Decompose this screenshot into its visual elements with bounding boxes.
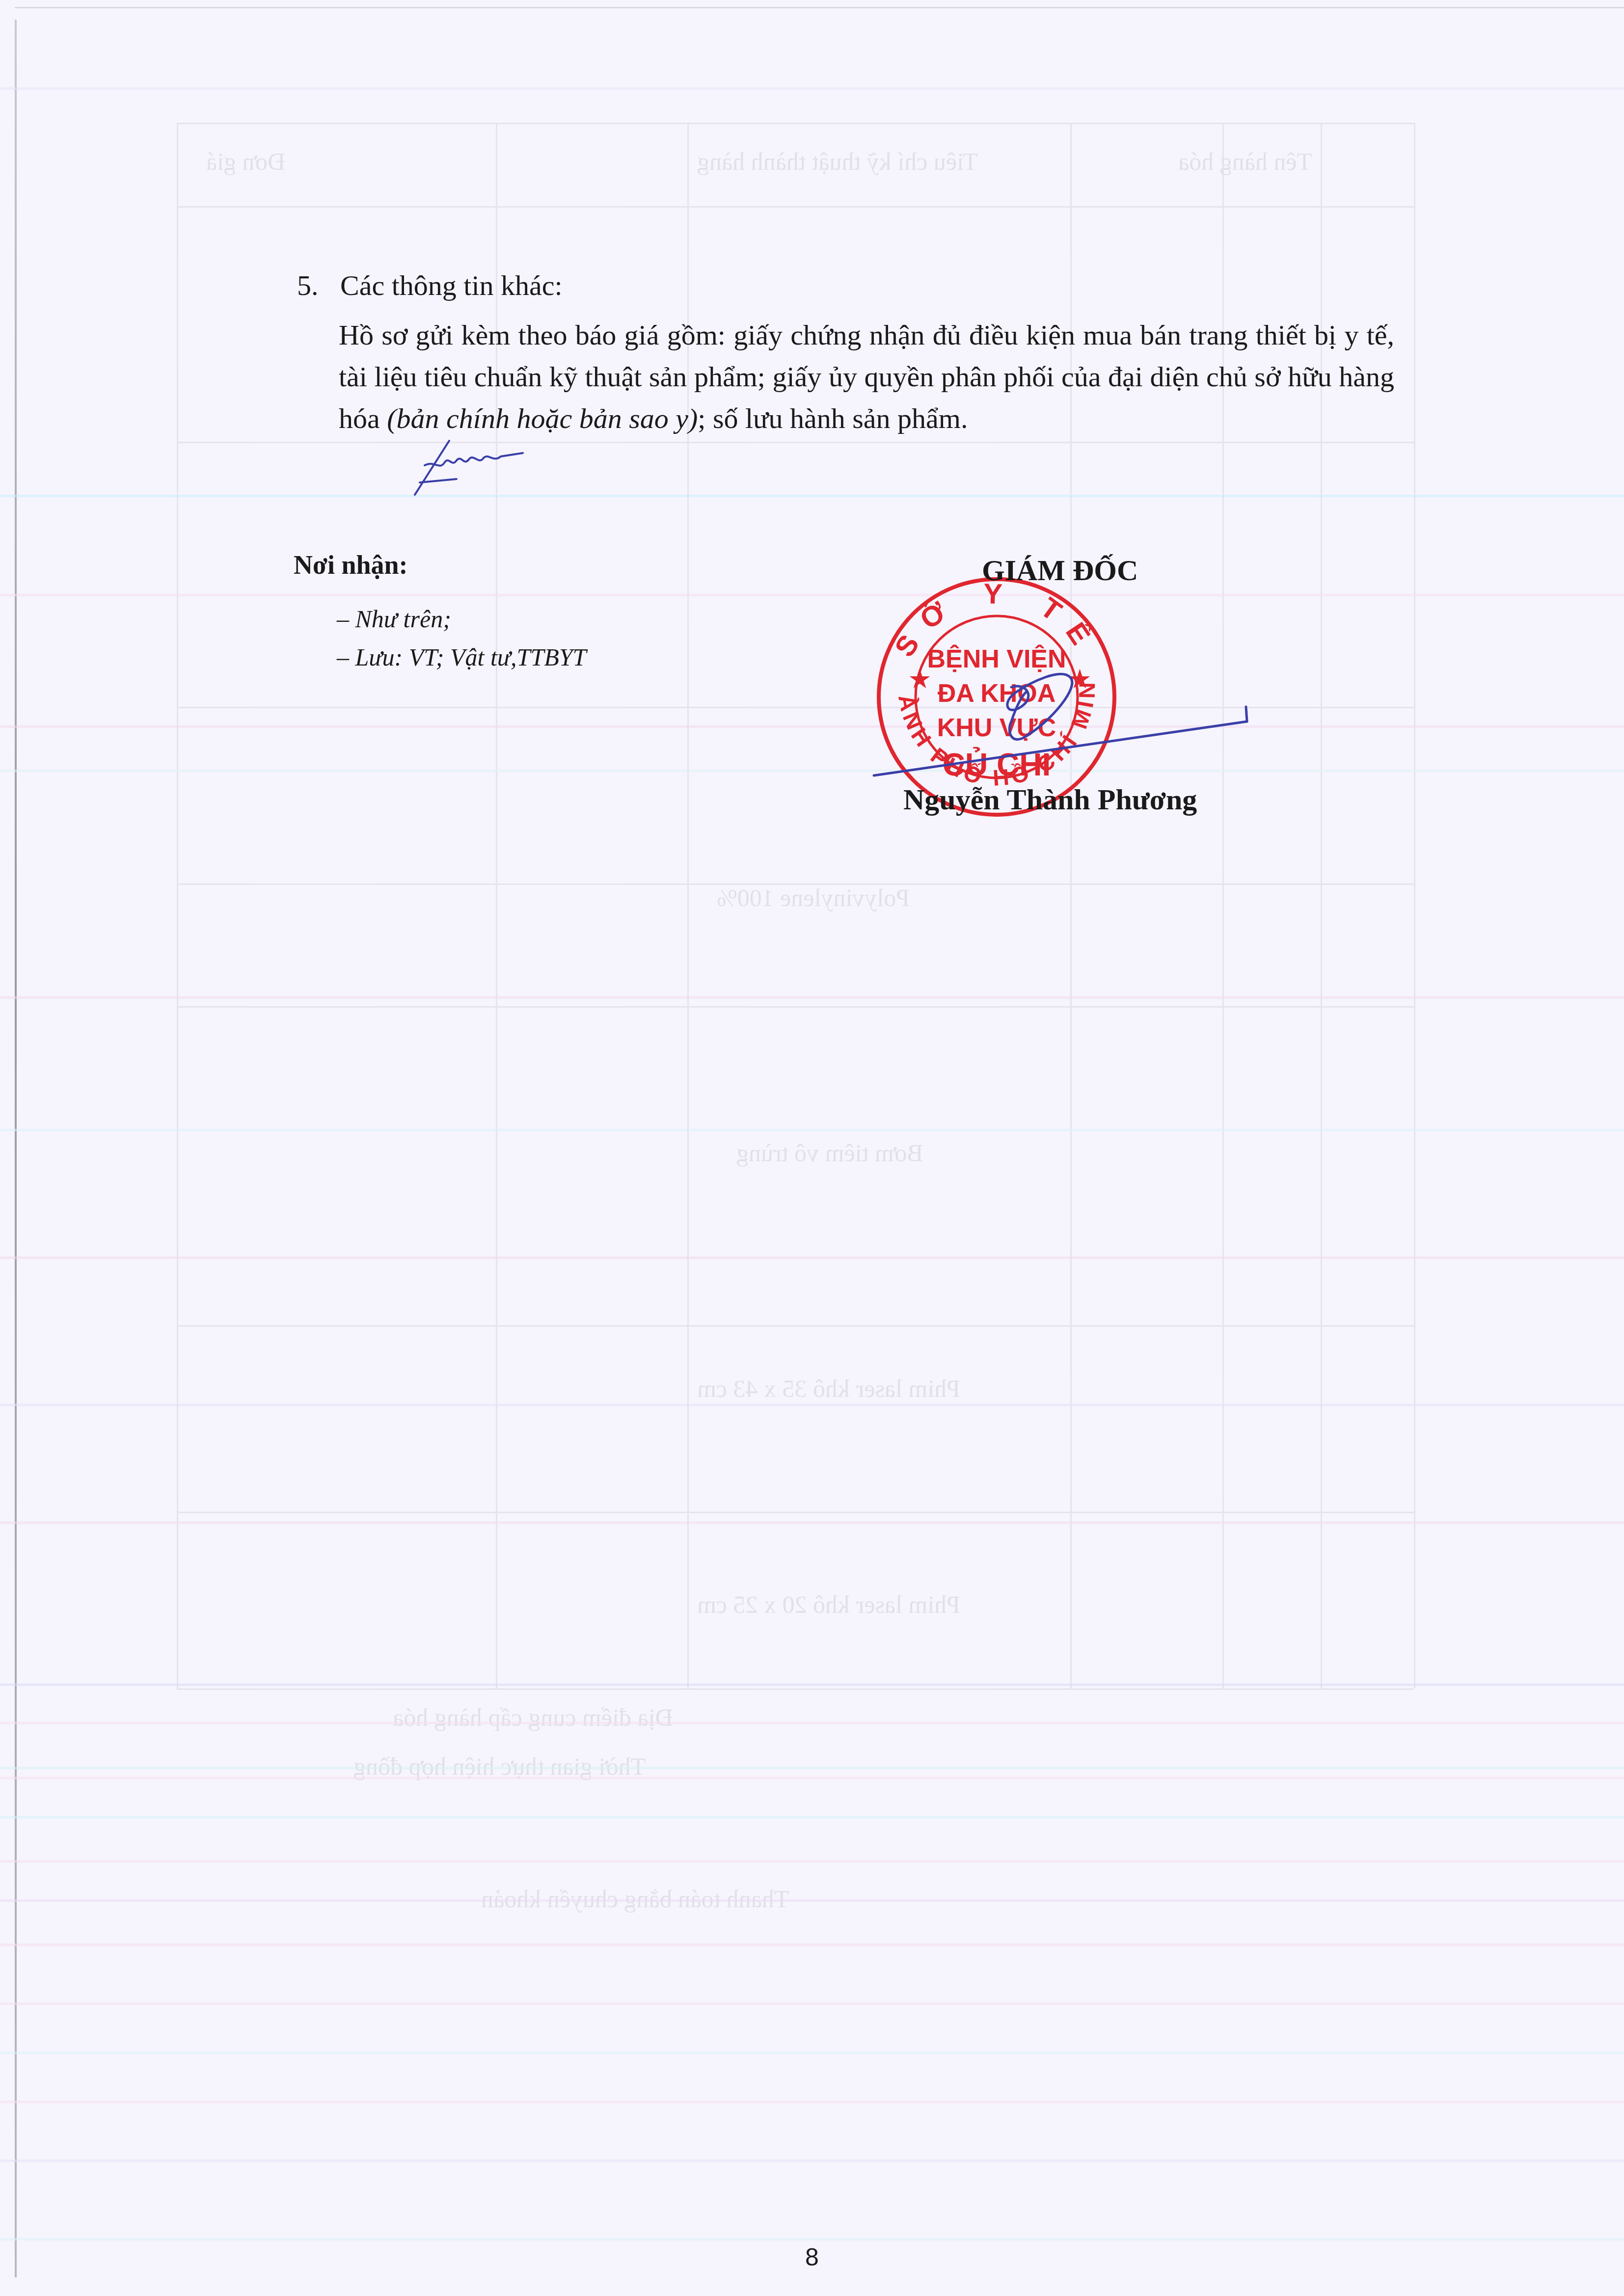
section-title: Các thông tin khác: bbox=[340, 269, 563, 301]
recipient-item: – Lưu: VT; Vật tư,TTBYT bbox=[337, 638, 586, 676]
section-body: Hồ sơ gửi kèm theo báo giá gồm: giấy chứ… bbox=[339, 314, 1394, 439]
recipient-item: – Như trên; bbox=[337, 600, 586, 638]
signer-title: GIÁM ĐỐC bbox=[982, 554, 1138, 587]
recipients-block: Nơi nhận: – Như trên; – Lưu: VT; Vật tư,… bbox=[294, 550, 586, 676]
recipients-label: Nơi nhận: bbox=[294, 550, 586, 580]
recipients-list: – Như trên; – Lưu: VT; Vật tư,TTBYT bbox=[337, 600, 586, 676]
section-heading: 5.Các thông tin khác: bbox=[297, 269, 563, 302]
body-italic-note: (bản chính hoặc bản sao y) bbox=[387, 402, 698, 434]
signer-name: Nguyễn Thành Phương bbox=[903, 783, 1197, 817]
scan-border-top bbox=[15, 7, 1624, 8]
page-number: 8 bbox=[805, 2243, 819, 2271]
body-text-end: ; số lưu hành sản phẩm. bbox=[698, 402, 968, 434]
section-number: 5. bbox=[297, 269, 340, 302]
director-signature bbox=[864, 667, 1257, 795]
initials-signature bbox=[410, 436, 528, 505]
scan-border-left bbox=[15, 20, 17, 2277]
